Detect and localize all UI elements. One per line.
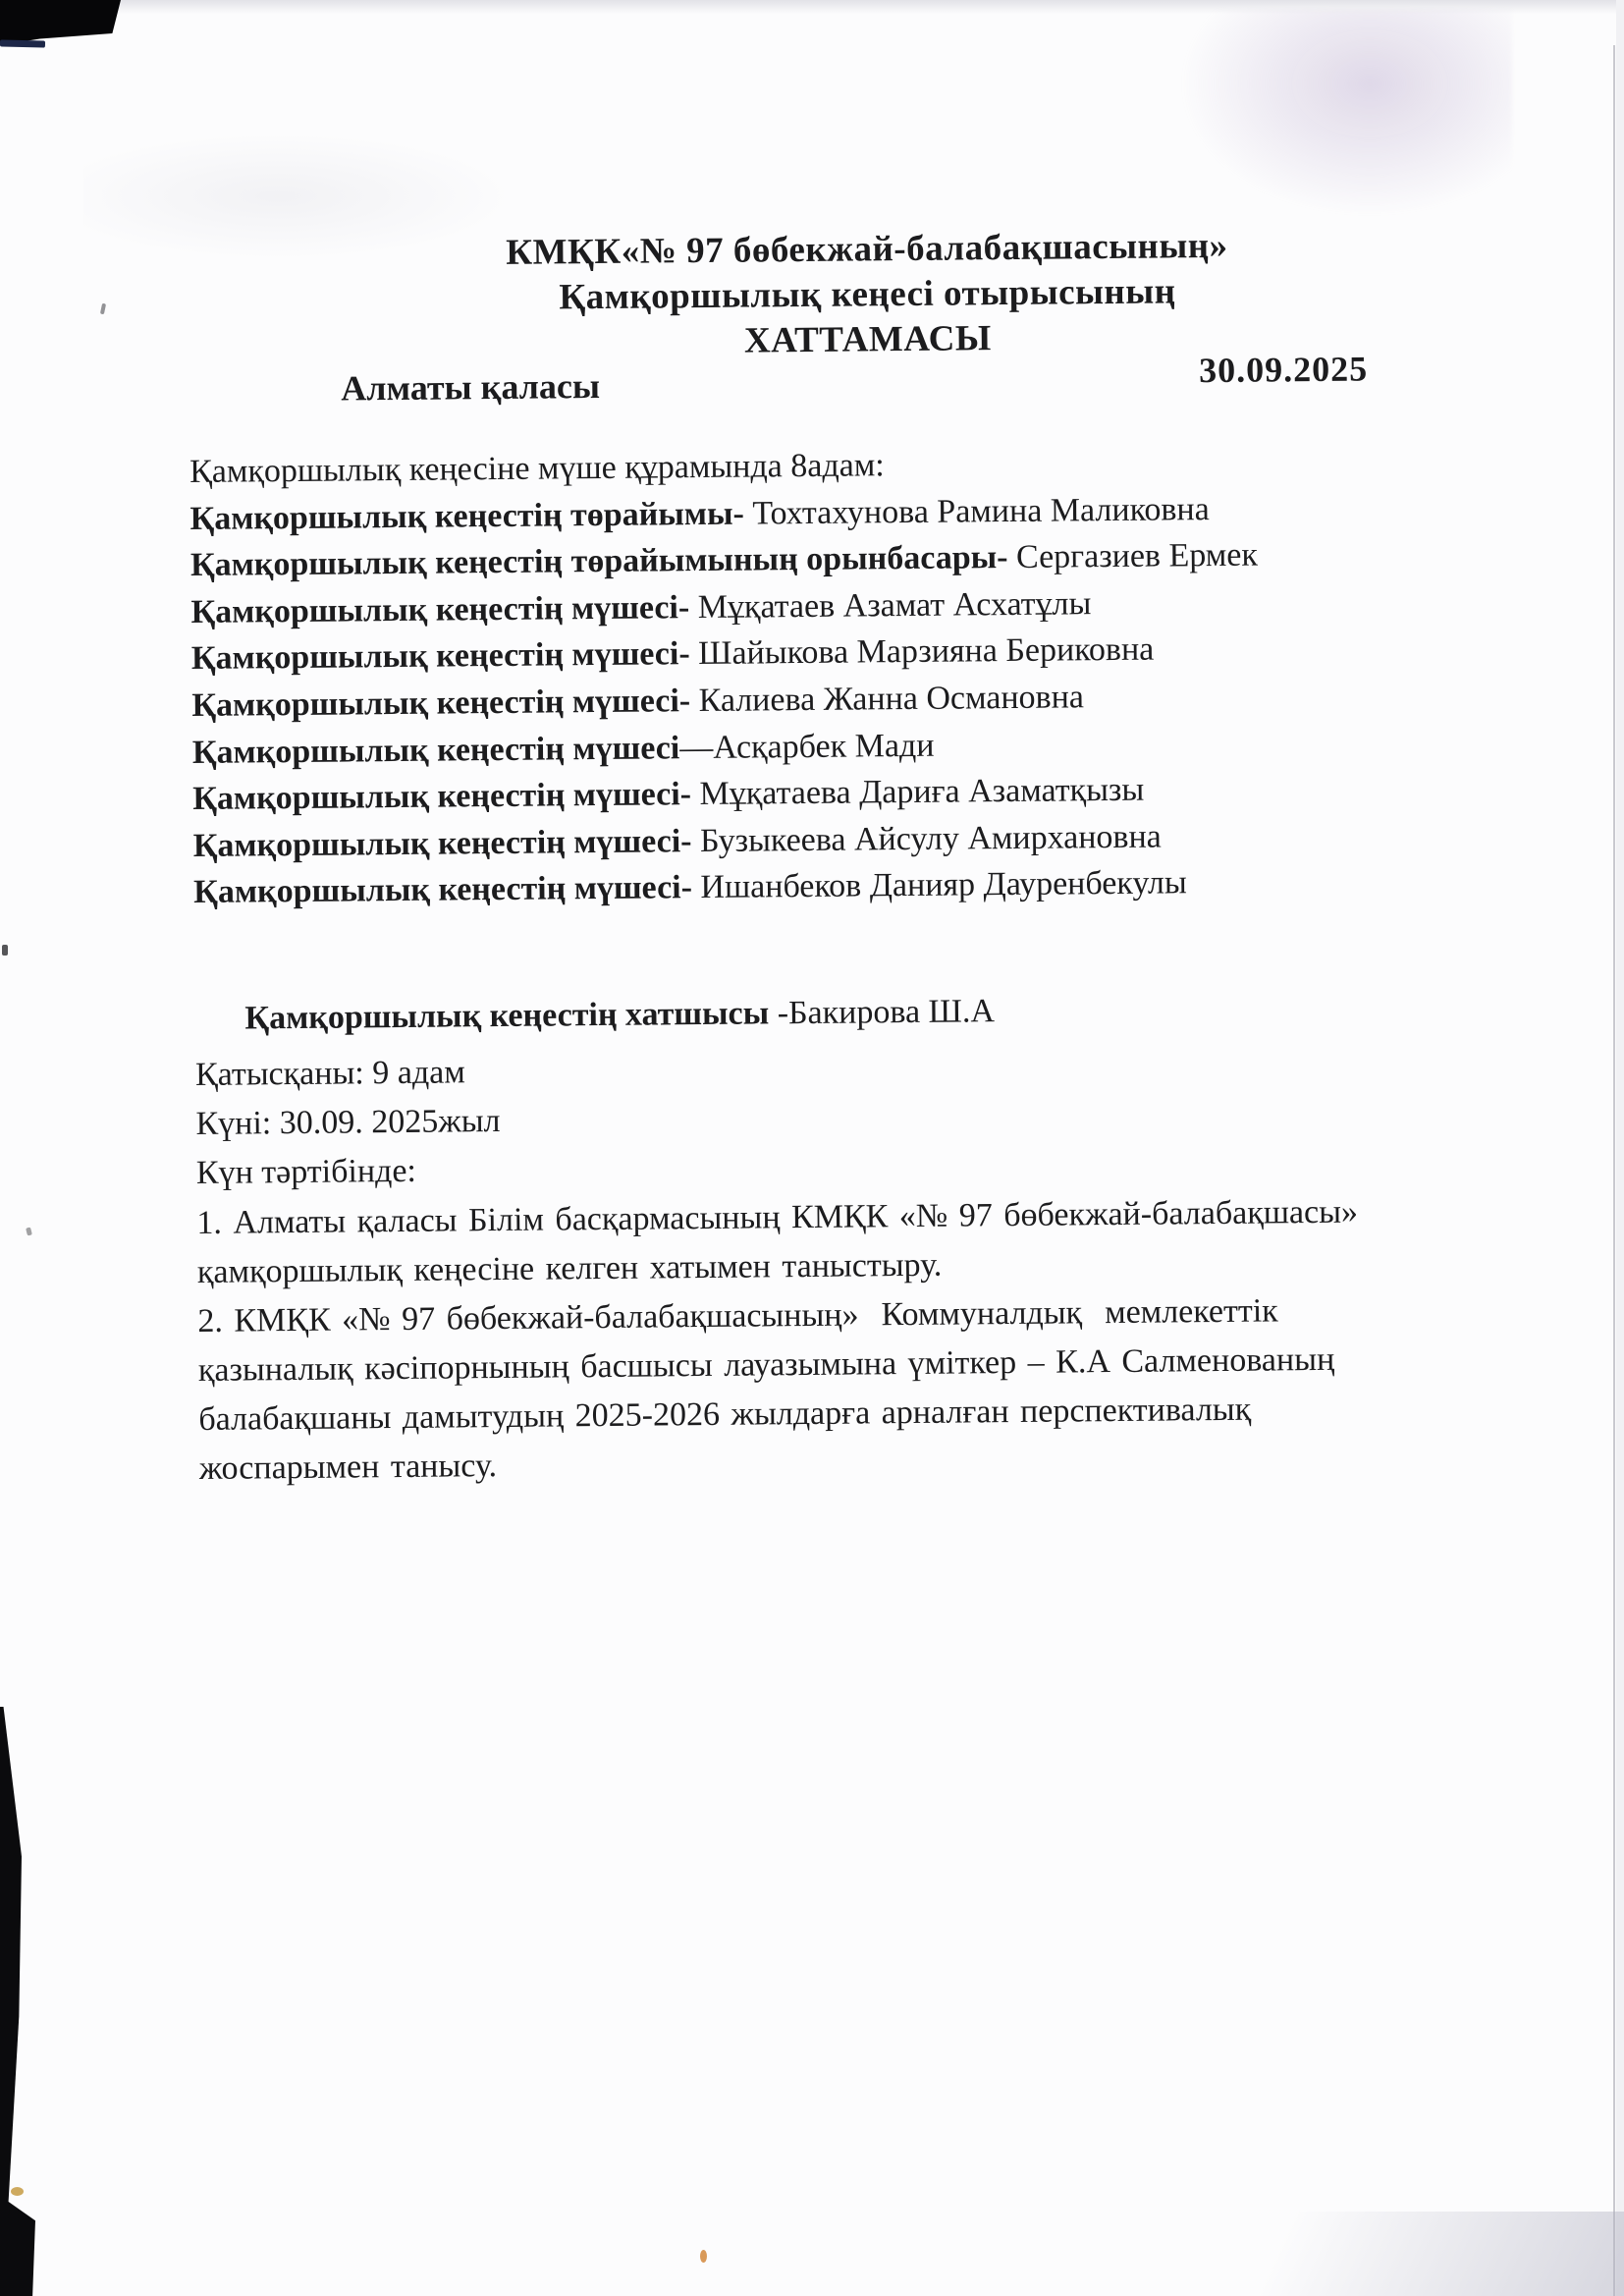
scanned-document-page: КМҚК«№ 97 бөбекжай-балабақшасының» Қамқо…: [0, 0, 1624, 2296]
city-label: Алматы қаласы: [341, 365, 600, 410]
date-label: 30.09.2025: [1199, 348, 1368, 391]
agenda-item-2: 2. КМҚК «№ 97 бөбекжай-балабақшасының» К…: [197, 1285, 1486, 1494]
document-content: КМҚК«№ 97 бөбекжай-балабақшасының» Қамқо…: [0, 0, 1624, 2296]
member-name: Бузыкеева Айсулу Амирхановна: [691, 818, 1162, 859]
secretary-name: -Бакирова Ш.А: [769, 993, 995, 1031]
member-name: Мұқатаев Азамат Асхатұлы: [689, 585, 1092, 626]
member-name: Калиева Жанна Османовна: [690, 679, 1084, 719]
member-role: Қамқоршылық кеңестің мүшесі-: [193, 869, 692, 910]
member-role: Қамқоршылық кеңестің мүшесі-: [193, 823, 692, 864]
member-role: Қамқоршылық кеңестің мүшесі-: [191, 683, 690, 724]
member-role: Қамқоршылық кеңестің төрайымы-: [189, 495, 744, 536]
member-name: Тохтахунова Рамина Маликовна: [744, 491, 1210, 532]
member-name: Мұқатаева Дариға Азаматқызы: [691, 772, 1145, 812]
member-role: Қамқоршылық кеңестің мүшесі-: [191, 636, 690, 678]
agenda-section: 1. Алматы қаласы Білім басқармасының КМҚ…: [196, 1186, 1486, 1494]
member-name: —Асқарбек Мади: [679, 727, 935, 765]
member-role: Қамқоршылық кеңестің мүшесі-: [192, 776, 691, 817]
member-role: Қамқоршылық кеңестің төрайымының орынбас…: [190, 539, 1008, 583]
member-role: Қамқоршылық кеңестің мүшесі-: [190, 589, 689, 630]
members-section: Қамқоршылық кеңесіне мүше құрамында 8ада…: [189, 437, 1471, 916]
secretary-role: Қамқоршылық кеңестің хатшысы: [244, 995, 769, 1036]
agenda-item-1: 1. Алматы қаласы Білім басқармасының КМҚ…: [196, 1186, 1484, 1297]
member-name: Шайыкова Марзияна Бериковна: [689, 631, 1154, 673]
member-name: Сергазиев Ермек: [1007, 537, 1258, 575]
member-name: Ишанбеков Данияр Дауренбекулы: [692, 865, 1187, 906]
meeting-stats: Қатысқаны: 9 адам Күні: 30.09. 2025жыл К…: [195, 1039, 1473, 1198]
document-title: КМҚК«№ 97 бөбекжай-балабақшасының» Қамқо…: [293, 222, 1442, 368]
member-role: Қамқоршылық кеңестің мүшесі: [192, 730, 680, 771]
